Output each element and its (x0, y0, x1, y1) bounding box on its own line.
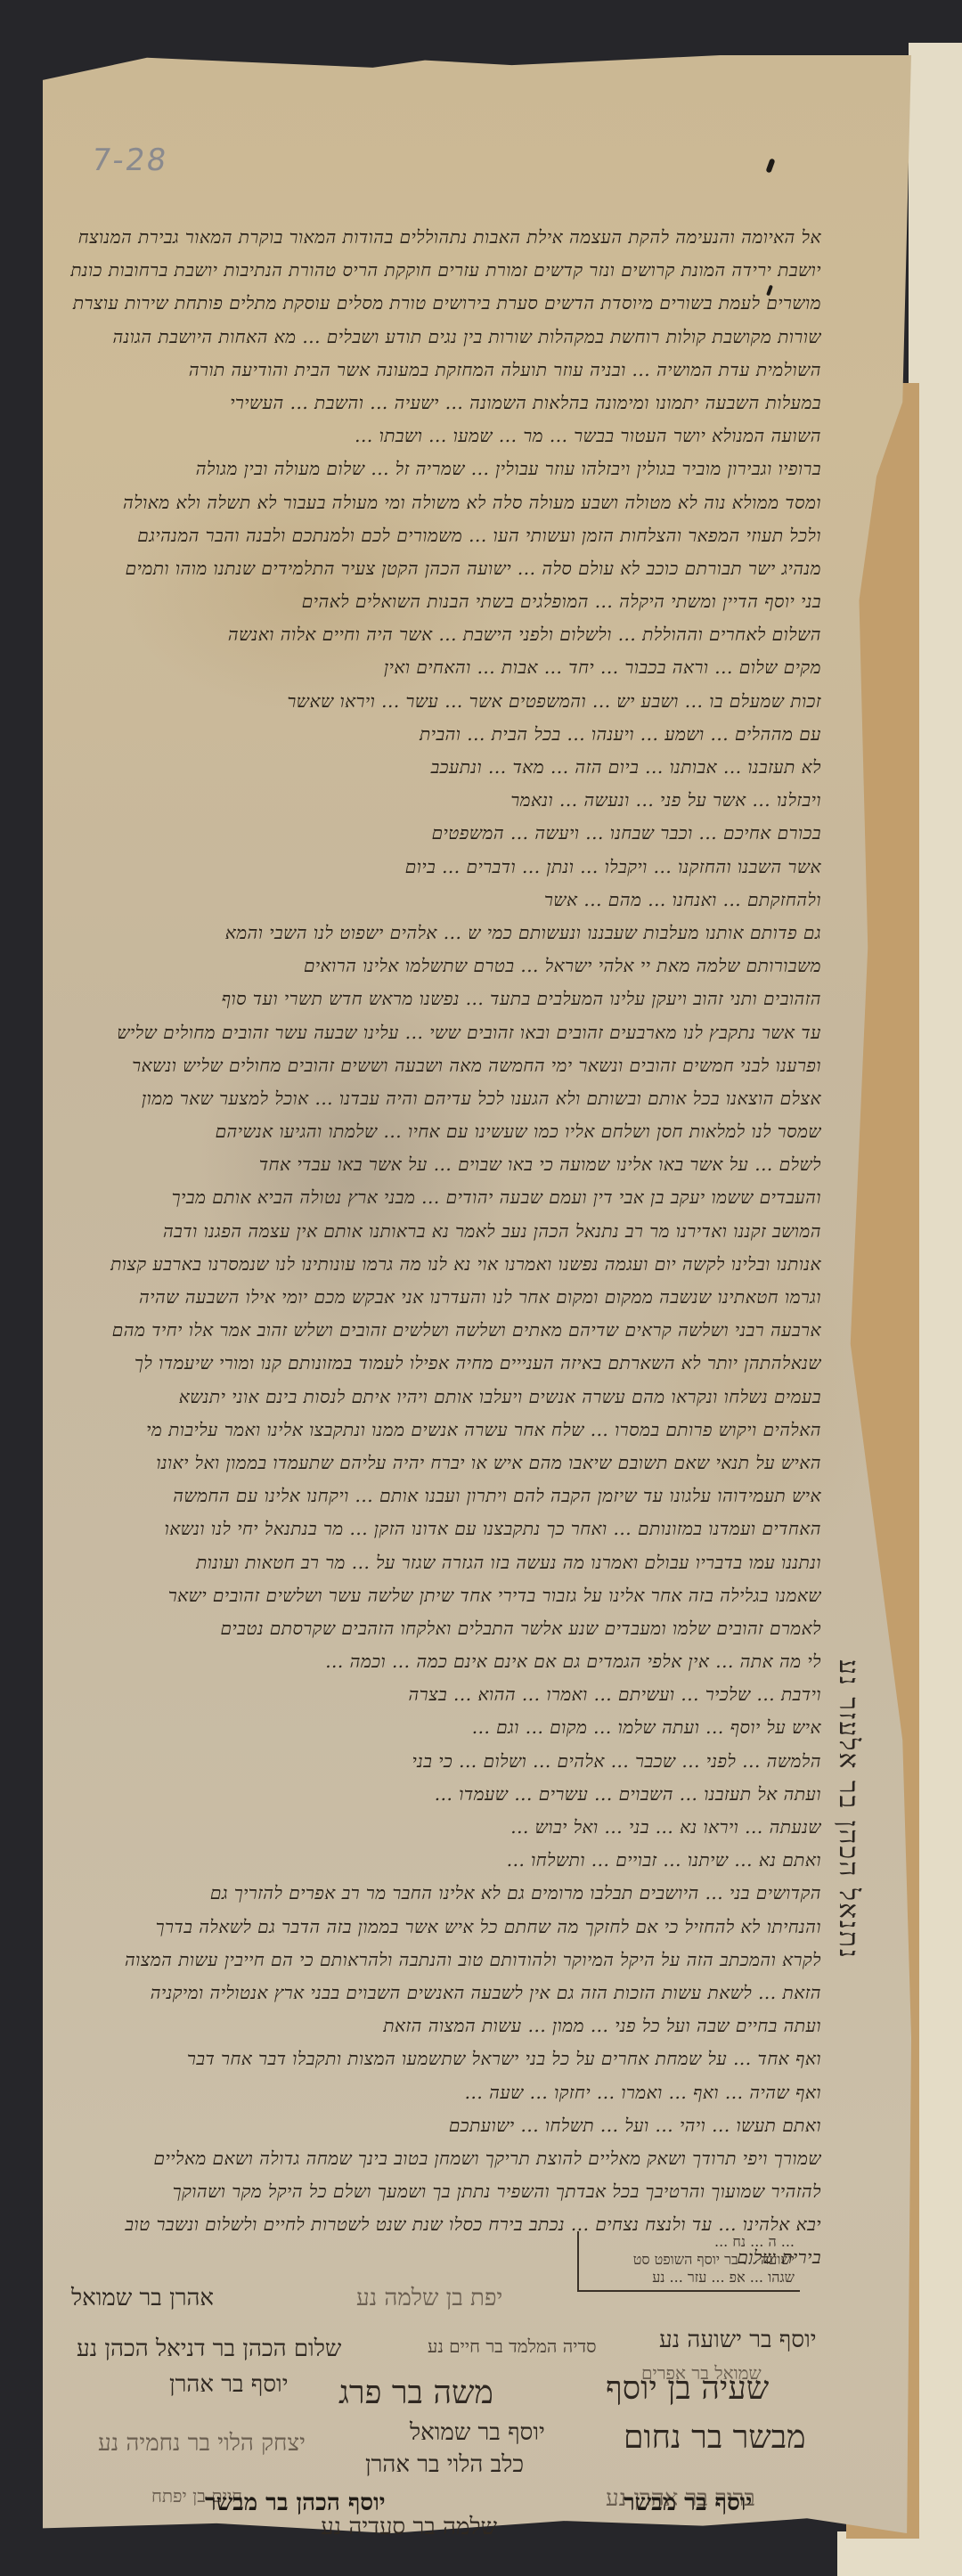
text-line: אנותנו ובלינו לקשה יום ועגמה נפשנו ואמרנ… (55, 1248, 821, 1281)
text-line: שנאלהתהן יותר לא השארתם באיזה הענייים מח… (55, 1347, 821, 1380)
text-line: לאמרם זהובים שלמו ומעבדים שנע אלשר התבלי… (55, 1612, 821, 1645)
signature: יוסף בר ישועה נע (659, 2327, 817, 2353)
text-line: משבורותם שלמה מאת יי אלהי ישראל ... בטרם… (55, 950, 821, 982)
text-line: אצלם הוצאנו בכל אותם ובשותם ולא הגענו לכ… (55, 1082, 821, 1115)
signature: שעיה בן יוסף (606, 2369, 769, 2407)
signature: יצחק הלוי בר נחמיה נע (98, 2430, 306, 2457)
text-line: ולהחזקתם ... ואנחנו ... מהם ... אשר (55, 884, 821, 917)
text-line: ואתם נא ... שיתנו ... זבויים ... ותשלחו … (55, 1844, 821, 1877)
signature: מבשר בר נחום (624, 2418, 805, 2456)
signature: יוסף בר אהרן (169, 2371, 289, 2398)
text-line: השלום לאחרים וההוללת ... ולשלום ולפני הי… (55, 618, 821, 651)
boxed-annotation-line: שגהו ... אפ ... עזר ... נע (584, 2269, 795, 2287)
text-line: עם מההלים ... ושמע ... ויענהו ... בכל הב… (55, 718, 821, 751)
text-line: האחדים ועמדנו במזונותם ... ואחר כך נתקבצ… (55, 1512, 821, 1545)
text-line: הזהובים ותני זהוב ויעקן עלינו המעלבים בת… (55, 982, 821, 1015)
signature-bottom-right: יוסף בר מבשר (624, 2490, 752, 2516)
signature: סדיה המלמד בר חיים נע (428, 2336, 596, 2358)
text-line: איש תעמידוהו עלגונו עד שיזמן הקבה להם וי… (55, 1480, 821, 1512)
text-line: שורות מקושבת קולות רוחשת במקהלות שורות ב… (55, 321, 821, 354)
text-line: שנעתה ... ויראו נא ... בני ... ואל יבוש … (55, 1811, 821, 1844)
text-line: מנהיג ישר תבורתם כוכב לא עולם סלה ... יש… (55, 552, 821, 585)
text-line: ואף אחד ... על שמחת אחרים על כל בני ישרא… (55, 2042, 821, 2075)
signature-bottom-left: יוסף הכהן בר מבשר (205, 2490, 386, 2516)
text-line: הקדושים בני ... היושבים תבלבו מרומים גם … (55, 1877, 821, 1910)
text-line: מושרים לעמת בשורים מיוסדת הדשים סערת ביר… (55, 287, 821, 320)
catalog-mark: 7-28 (89, 143, 170, 178)
text-line: לי מה אתה ... אין אלפי הגמדים גם אם אינם… (55, 1645, 821, 1678)
text-line: והנחיתו לא להחזיל כי אם לחזקך מה שחתם כל… (55, 1911, 821, 1944)
text-line: המושב זקננו ואדירנו מר רב נתנאל הכהן נעב… (55, 1215, 821, 1248)
text-line: בעמים נשלחו ונקראו מהם עשרה אנשים ויעלבו… (55, 1381, 821, 1414)
text-line: גם פדותם אותנו מעלבות שעבננו ונעשותם כמי… (55, 917, 821, 950)
boxed-annotation-line: ישועה ... בר יוסף השופט סט (584, 2251, 795, 2269)
text-line: שמסר לנו למלאות חסן ושלחם אליו כמו שעשינ… (55, 1115, 821, 1148)
text-line: ואף שהיה ... ואף ... ואמרו ... יחזקו ...… (55, 2076, 821, 2109)
signature: שלמה בר סעדיה נע (321, 2514, 497, 2540)
text-line: איש על יוסף ... ועתה שלמו ... מקום ... ו… (55, 1711, 821, 1744)
text-line: וגרמו חטאתינו שנשבה ממקום ומקום אחר לנו … (55, 1281, 821, 1314)
text-line: לשלם ... על אשר באו אלינו שמועה כי באו ש… (55, 1148, 821, 1181)
signature: כלב הלוי בר אהרן (365, 2451, 524, 2478)
text-line: ועתה אל תעזבנו ... השבוים ... עשרים ... … (55, 1778, 821, 1811)
text-line: עד אשר נתקבץ לנו מארבעים זהובים ובאו זהו… (55, 1016, 821, 1049)
text-line: אל האיומה והנעימה להקת העצמה אילת האבות … (55, 221, 821, 254)
text-line: מקים שלום ... וראה בכבור ... יחד ... אבו… (55, 651, 821, 684)
text-line: אשר השבנו והחזקנו ... ויקבלו ... ונתן ..… (55, 851, 821, 884)
text-line: השולמית עדת המושיה ... ובניה עוזר תועלה … (55, 354, 821, 387)
signature: יפת בן שלמה נע (356, 2285, 502, 2311)
text-line: הזאת ... לשאת עשות הזכות הזה גם אין לשבע… (55, 1977, 821, 2009)
text-line: ולכל תעוזי המפאר והצלחות הזמן ועשותי העו… (55, 519, 821, 552)
text-line: ברופיו וגבירון מוביר בגולין ויבזלהו עוזר… (55, 452, 821, 485)
margin-note: נתנאל הכהן בר אלעזר נע (828, 1692, 864, 1960)
text-line: במעלות השבעה יתמונו ומימונה בהלאות השמונ… (55, 387, 821, 420)
text-line: להזהיר שמועוך והרטיבך בכל אבדתך והשפיר נ… (55, 2175, 821, 2208)
text-line: ארבעה רבני ושלשה קראים שדיהם מאתים ושלשה… (55, 1314, 821, 1347)
text-line: האלהים ויקוש פרותם במסרו ... שלח אחר עשר… (55, 1414, 821, 1447)
text-line: שמורך ויפי תרודך ושאק מאליים להוצת תריקך… (55, 2142, 821, 2175)
boxed-annotation-line: ... ה ... נח ... (584, 2233, 795, 2251)
signature: משה בר פרג (338, 2374, 493, 2411)
text-line: בני יוסף הדיין ומשתי היקלה ... המופלגים … (55, 585, 821, 618)
text-line: ונתננו עמו בדבריו עבולם ואמרנו מה נעשה ב… (55, 1546, 821, 1579)
text-line: שאמנו בגלילה בזה אחר אלינו על גזבור בדיר… (55, 1579, 821, 1612)
text-line: הלמשה ... לפני ... שכבר ... אלהים ... וש… (55, 1745, 821, 1778)
text-line: לקרא והמכתב הזה על היקל המיוקר ולהודותם … (55, 1944, 821, 1977)
text-line: ומסד ממולא נוה לא מטולה ושבע מעולה סלה ל… (55, 486, 821, 519)
text-line: ופרענו לבני חמשים זהובים ונשאר ימי החמשה… (55, 1049, 821, 1082)
signature: אהרן בר שמואל (71, 2285, 214, 2311)
text-line: ואתם תעשו ... ויהי ... ועל ... תשלחו ...… (55, 2109, 821, 2142)
text-line: השועה המנולא יושר העטור בבשר ... מר ... … (55, 420, 821, 452)
signature: שלום הכהן בר דניאל הכהן נע (77, 2336, 341, 2362)
main-text-body: אל האיומה והנעימה להקת העצמה אילת האבות … (55, 221, 821, 2275)
signature: יוסף בר שמואל (410, 2419, 545, 2446)
text-line: ויבזלנו ... אשר על פני ... ונעשה ... ונא… (55, 784, 821, 817)
text-line: זכות שמעלם בו ... ושבע יש ... והמשפטים א… (55, 685, 821, 718)
text-line: ועתה בחיים שבה ועל כל פני ... ממון ... ע… (55, 2009, 821, 2042)
text-line: לא תעזבנו ... אבותנו ... ביום הזה ... מא… (55, 751, 821, 784)
boxed-annotation: ... ה ... נח ... ישועה ... בר יוסף השופט… (577, 2231, 800, 2292)
text-line: והעבדים ששמו יעקב בן אבי דין ועמם שבעה י… (55, 1181, 821, 1214)
text-line: האיש על תנאי שאם תשובם שיאבו מהם איש או … (55, 1447, 821, 1480)
text-line: יושבת ירידה המונת קרושים ונזר קדשים זמור… (55, 254, 821, 287)
text-line: וידבת ... שלכיר ... ועשיתם ... ואמרו ...… (55, 1678, 821, 1711)
text-line: בכורם אחיכם ... וכבר שבחנו ... ויעשה ...… (55, 817, 821, 850)
